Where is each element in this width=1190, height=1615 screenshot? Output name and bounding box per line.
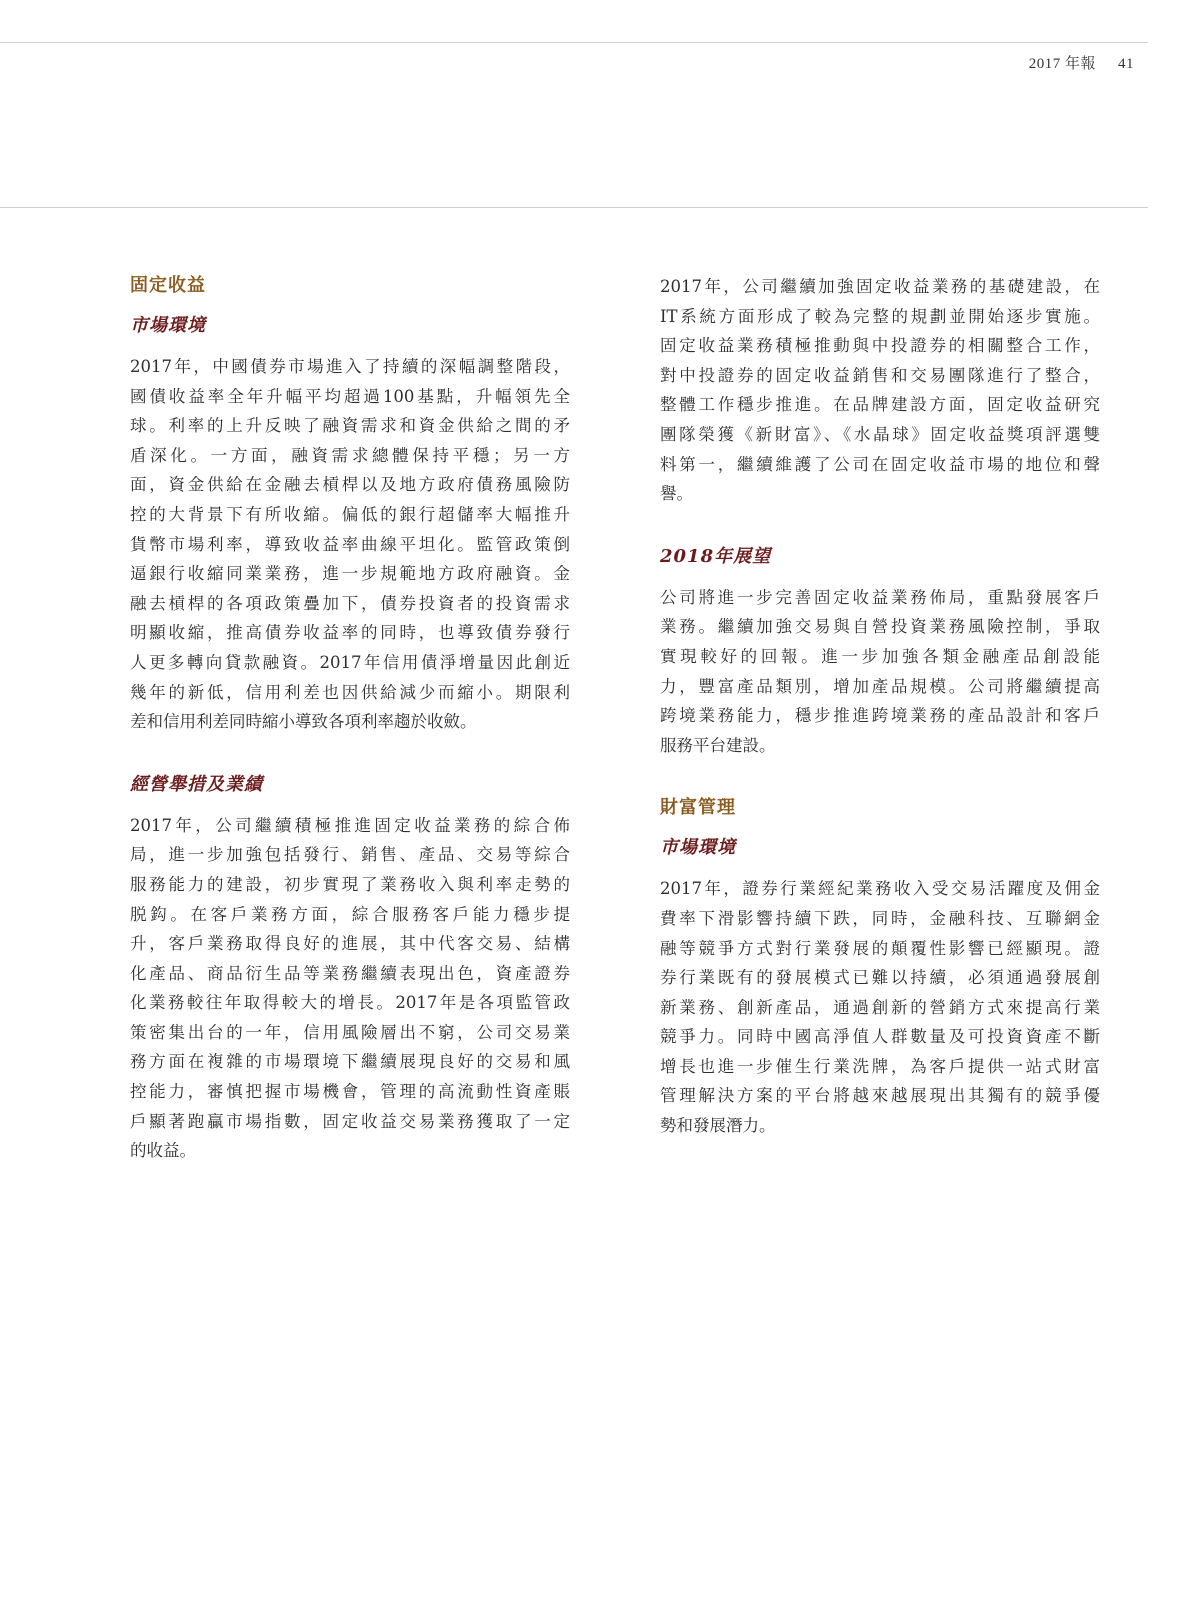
text-line: 2017年，公司繼續加強固定收益業務的基礎建設，在	[660, 272, 1100, 302]
text-line: 控的大背景下有所收縮。偏低的銀行超儲率大幅推升	[130, 500, 570, 530]
text-line: 新業務、創新產品，通過創新的營銷方式來提高行業	[660, 993, 1100, 1023]
left-column: 固定收益 市場環境 2017年，中國債券市場進入了持續的深幅調整階段， 國債收益…	[130, 272, 570, 1166]
paragraph-wealth-market-environment: 2017年，證券行業經紀業務收入受交易活躍度及佣金 費率下滑影響持續下跌，同時，…	[660, 874, 1100, 1140]
text-line: 跨境業務能力，穩步推進跨境業務的產品設計和客戶	[660, 701, 1100, 731]
text-line: 費率下滑影響持續下跌，同時，金融科技、互聯網金	[660, 904, 1100, 934]
text-line: 服務平台建設。	[660, 731, 1100, 761]
text-line: 公司將進一步完善固定收益業務佈局，重點發展客戶	[660, 583, 1100, 613]
text-line: 明顯收縮，推高債券收益率的同時，也導致債券發行	[130, 618, 570, 648]
text-line: 譽。	[660, 479, 1100, 509]
text-line: 面，資金供給在金融去槓桿以及地方政府債務風險防	[130, 470, 570, 500]
text-line: 2017年，公司繼續積極推進固定收益業務的綜合佈	[130, 811, 570, 841]
text-line: 2017年，證券行業經紀業務收入受交易活躍度及佣金	[660, 874, 1100, 904]
paragraph-2018-outlook: 公司將進一步完善固定收益業務佈局，重點發展客戶 業務。繼續加強交易與自營投資業務…	[660, 583, 1100, 761]
text-line: 幾年的新低，信用利差也因供給減少而縮小。期限利	[130, 678, 570, 708]
text-line: 戶顯著跑贏市場指數，固定收益交易業務獲取了一定	[130, 1107, 570, 1137]
text-line: 料第一，繼續維護了公司在固定收益市場的地位和聲	[660, 450, 1100, 480]
subtitle-market-environment: 市場環境	[130, 312, 570, 340]
text-line: 管理解決方案的平台將越來越展現出其獨有的競爭優	[660, 1081, 1100, 1111]
text-line: 貨幣市場利率，導致收益率曲線平坦化。監管政策倒	[130, 530, 570, 560]
subtitle-wealth-market-environment: 市場環境	[660, 834, 1100, 862]
text-line: 券行業既有的發展模式已難以持續，必須通過發展創	[660, 963, 1100, 993]
text-line: 固定收益業務積極推動與中投證券的相關整合工作，	[660, 331, 1100, 361]
text-line: 球。利率的上升反映了融資需求和資金供給之間的矛	[130, 411, 570, 441]
subtitle-2018-outlook: 2018年展望	[660, 543, 1100, 571]
text-line: 競爭力。同時中國高淨值人群數量及可投資資產不斷	[660, 1022, 1100, 1052]
text-line: 化產品、商品衍生品等業務繼續表現出色，資產證券	[130, 959, 570, 989]
text-line: 盾深化。一方面，融資需求總體保持平穩；另一方	[130, 441, 570, 471]
text-line: 局，進一步加強包括發行、銷售、產品、交易等綜合	[130, 840, 570, 870]
text-line: 化業務較往年取得較大的增長。2017年是各項監管政	[130, 988, 570, 1018]
paragraph-market-environment: 2017年，中國債券市場進入了持續的深幅調整階段， 國債收益率全年升幅平均超過1…	[130, 352, 570, 737]
text-line: 差和信用利差同時縮小導致各項利率趨於收斂。	[130, 707, 570, 737]
text-line: 人更多轉向貸款融資。2017年信用債淨增量因此創近	[130, 648, 570, 678]
text-line: 實現較好的回報。進一步加強各類金融產品創設能	[660, 642, 1100, 672]
text-line: 融等競爭方式對行業發展的顛覆性影響已經顯現。證	[660, 934, 1100, 964]
header-top-rule	[0, 42, 1148, 43]
paragraph-operations-performance: 2017年，公司繼續積極推進固定收益業務的綜合佈 局，進一步加強包括發行、銷售、…	[130, 811, 570, 1166]
text-line: 團隊榮獲《新財富》、《水晶球》固定收益獎項評選雙	[660, 420, 1100, 450]
text-line: 力，豐富產品類別，增加產品規模。公司將繼續提高	[660, 672, 1100, 702]
text-line: 的收益。	[130, 1136, 570, 1166]
section-title-fixed-income: 固定收益	[130, 272, 570, 300]
text-line: 策密集出台的一年，信用風險層出不窮，公司交易業	[130, 1018, 570, 1048]
text-line: 脱鈎。在客戶業務方面，綜合服務客戶能力穩步提	[130, 900, 570, 930]
text-line: 服務能力的建設，初步實現了業務收入與利率走勢的	[130, 870, 570, 900]
paragraph-infrastructure: 2017年，公司繼續加強固定收益業務的基礎建設，在 IT系統方面形成了較為完整的…	[660, 272, 1100, 509]
text-line: 逼銀行收縮同業業務，進一步規範地方政府融資。金	[130, 559, 570, 589]
page-number: 41	[1118, 56, 1134, 72]
text-line: 國債收益率全年升幅平均超過100基點，升幅領先全	[130, 382, 570, 412]
section-title-wealth-management: 財富管理	[660, 794, 1100, 822]
text-line: 控能力，審慎把握市場機會，管理的高流動性資產賬	[130, 1077, 570, 1107]
text-line: 對中投證券的固定收益銷售和交易團隊進行了整合，	[660, 361, 1100, 391]
text-line: 2017年，中國債券市場進入了持續的深幅調整階段，	[130, 352, 570, 382]
right-column: 2017年，公司繼續加強固定收益業務的基礎建設，在 IT系統方面形成了較為完整的…	[660, 272, 1100, 1141]
text-line: 勢和發展潛力。	[660, 1111, 1100, 1141]
text-line: 增長也進一步催生行業洗牌，為客戶提供一站式財富	[660, 1052, 1100, 1082]
text-line: 融去槓桿的各項政策疊加下，債券投資者的投資需求	[130, 589, 570, 619]
header-bottom-rule	[0, 207, 1148, 208]
report-title: 2017 年報	[1029, 56, 1096, 72]
text-line: 務方面在複雜的市場環境下繼續展現良好的交易和風	[130, 1047, 570, 1077]
text-line: 升，客戶業務取得良好的進展，其中代客交易、結構	[130, 929, 570, 959]
subtitle-operations-performance: 經營舉措及業績	[130, 771, 570, 799]
text-line: 整體工作穩步推進。在品牌建設方面，固定收益研究	[660, 390, 1100, 420]
text-line: 業務。繼續加強交易與自營投資業務風險控制，爭取	[660, 612, 1100, 642]
running-header: 2017 年報41	[1029, 52, 1134, 73]
text-line: IT系統方面形成了較為完整的規劃並開始逐步實施。	[660, 302, 1100, 332]
